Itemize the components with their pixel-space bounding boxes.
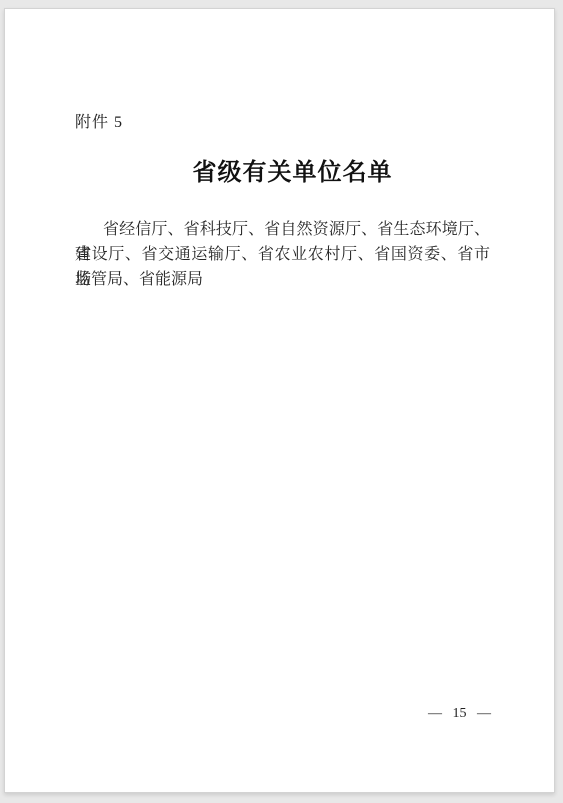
body-line-3: 监管局、省能源局 [75,267,490,292]
attachment-label: 附件 5 [75,113,123,133]
document-title: 省级有关单位名单 [75,157,490,189]
document-page: 附件 5 省级有关单位名单 省经信厅、省科技厅、省自然资源厅、省生态环境厅、省 … [4,8,555,793]
body-line-2: 建设厅、省交通运输厅、省农业农村厅、省国资委、省市场 [75,242,490,267]
body-line-1: 省经信厅、省科技厅、省自然资源厅、省生态环境厅、省 [75,217,490,242]
page-number: — 15 — [428,705,491,723]
document-viewer-canvas: 附件 5 省级有关单位名单 省经信厅、省科技厅、省自然资源厅、省生态环境厅、省 … [0,0,563,803]
body-paragraph: 省经信厅、省科技厅、省自然资源厅、省生态环境厅、省 建设厅、省交通运输厅、省农业… [75,217,490,292]
